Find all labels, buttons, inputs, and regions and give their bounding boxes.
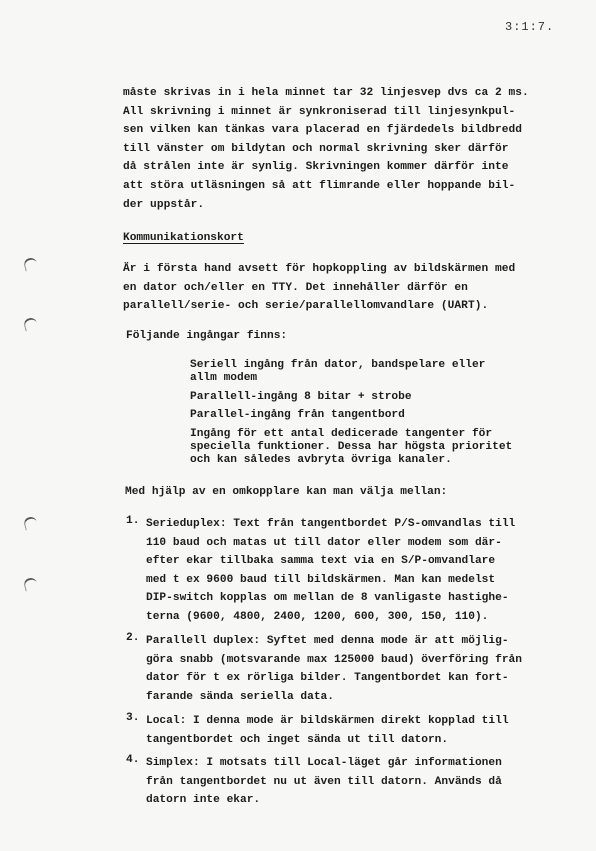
choose-label: Med hjälp av en omkopplare kan man välja… [125,486,447,498]
inputs-label: Följande ingångar finns: [126,330,287,342]
punch-hole-mark [23,577,39,592]
mode-number: 3. [126,712,139,724]
section-heading: Kommunikationskort [123,232,244,244]
input-item: Parallell-ingång 8 bitar + strobe [190,391,570,404]
mode-number: 1. [126,515,139,527]
input-item: Ingång för ett antal dedicerade tangente… [190,428,570,467]
input-item: Seriell ingång från dator, bandspelare e… [190,359,570,385]
mode-text: Simplex: I motsats till Local-läget går … [146,754,502,810]
punch-hole-mark [23,257,39,272]
intro-paragraph: måste skrivas in i hela minnet tar 32 li… [123,84,563,214]
mode-text: Serieduplex: Text från tangentbordet P/S… [146,515,515,627]
punch-hole-mark [23,317,39,332]
section-paragraph: Är i första hand avsett för hopkoppling … [123,260,563,316]
mode-text: Parallell duplex: Syftet med denna mode … [146,632,522,706]
mode-number: 4. [126,754,139,766]
mode-number: 2. [126,632,139,644]
page-number: 3:1:7. [505,20,554,34]
input-item: Parallel-ingång från tangentbord [190,409,570,422]
punch-hole-mark [23,516,39,531]
mode-text: Local: I denna mode är bildskärmen direk… [146,712,509,749]
